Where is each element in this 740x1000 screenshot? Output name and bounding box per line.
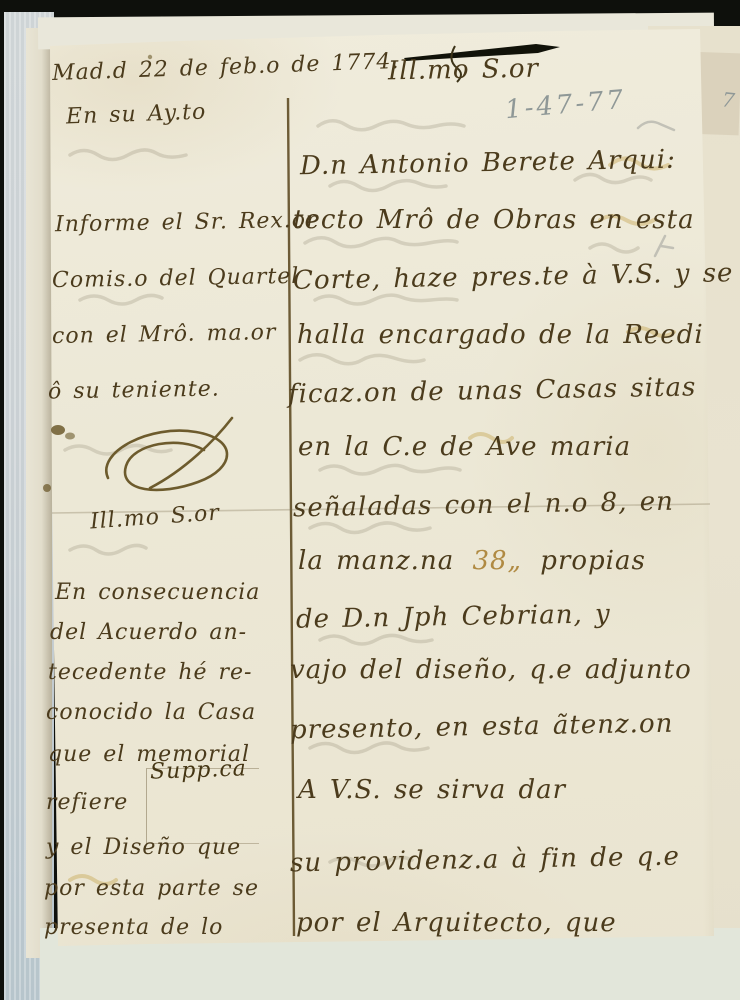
margin-decree-line: Informe el Sr. Rex.or [55,208,318,238]
manzana-prefix: la manz.na [298,546,454,576]
supplica-abbreviation: Supp.ca [150,756,248,784]
margin-decree-line: ô su teniente. [48,377,220,405]
edge-pencil-mark: 7 [721,87,737,112]
margin-decree-line: y el Diseño que [46,835,241,860]
manzana-number-ochre: 38„ [472,546,522,576]
petition-salutation: Ill.mo S.or [388,54,539,87]
petition-line: vajo del diseño, q.e adjunto [290,655,692,685]
margin-decree-line: Comis.o del Quartel [52,264,300,293]
margin-session-note: En su Ay.to [66,100,207,130]
margin-decree-line: presenta de lo [44,915,223,940]
margin-decree-line: con el Mrô. ma.or [52,320,277,349]
margin-decree-line: por esta parte se [44,876,259,901]
margin-decree-line: conocido la Casa [46,700,256,725]
petition-line: tecto Mrô de Obras en esta [293,205,695,235]
petition-line: de D.n Jph Cebrian, y [296,599,611,634]
petition-line-manzana: la manz.na 38„ propias [298,546,646,576]
page-fold-edge [26,28,52,958]
margin-decree-line: del Acuerdo an- [50,620,247,645]
petition-line: en la C.e de Ave maria [298,432,631,462]
petition-line: halla encargado de la Reedi [297,320,704,350]
margin-decree-line: En consecuencia [55,580,260,605]
margin-decree-line: refiere [46,790,128,815]
manzana-suffix: propias [540,546,646,576]
margin-decree-line: tecedente hé re- [48,660,252,685]
petition-line: A V.S. se sirva dar [298,775,566,805]
petition-line: por el Arquitecto, que [296,908,617,938]
